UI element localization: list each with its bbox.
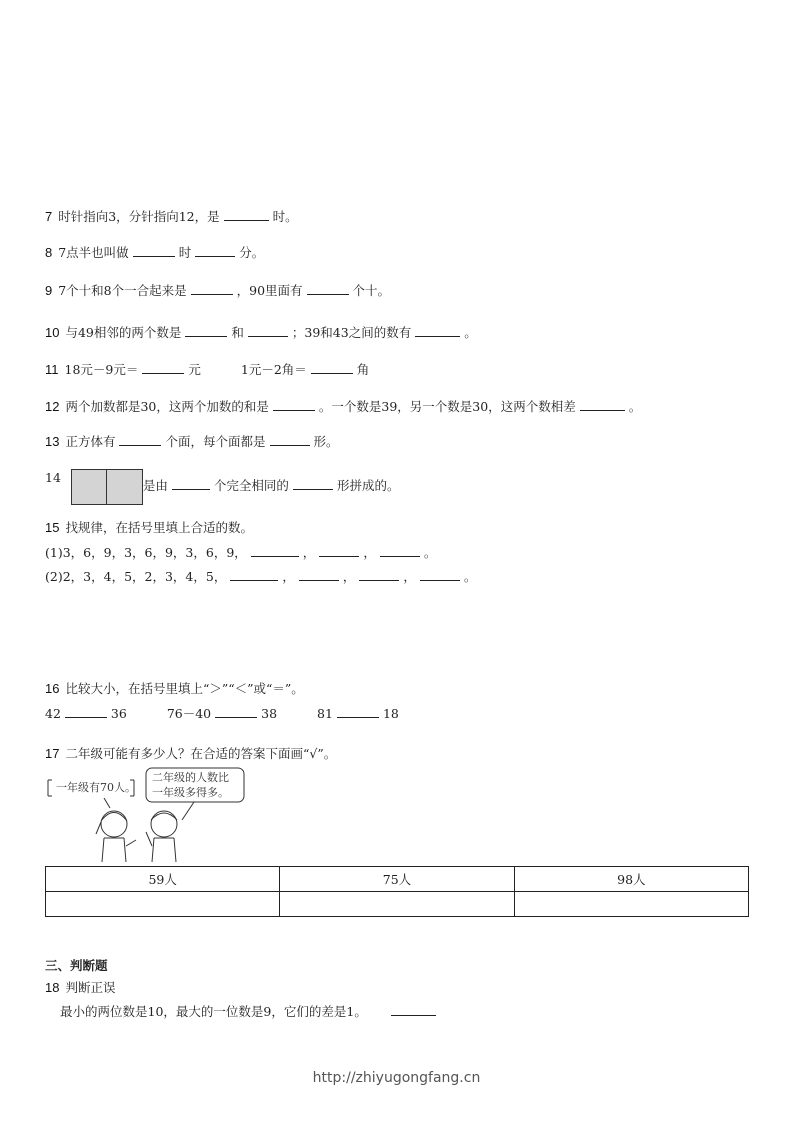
answer-blank[interactable] <box>359 568 399 581</box>
answer-blank[interactable] <box>172 477 210 490</box>
question-15: 15找规律，在括号里填上合适的数。 <box>45 520 253 536</box>
answer-blank[interactable] <box>299 568 339 581</box>
answer-blank[interactable] <box>391 1003 436 1016</box>
answer-blank[interactable] <box>215 705 257 718</box>
question-9: 97个十和8个一合起来是，90里面有个十。 <box>45 282 390 299</box>
answer-blank[interactable] <box>142 361 184 374</box>
answer-blank[interactable] <box>119 433 161 446</box>
check-cell-75[interactable] <box>280 892 514 917</box>
answer-blank[interactable] <box>185 324 227 337</box>
section-title: 三、判断题 <box>45 958 108 974</box>
question-17: 17二年级可能有多少人？在合适的答案下面画“√”。 <box>45 746 336 762</box>
question-11: 1118元－9元＝元1元－2角＝角 <box>45 361 369 378</box>
question-15-part-1: (1)3，6，9，3，6，9，3，6，9，，，。 <box>45 544 436 561</box>
question-18: 18判断正误 <box>45 980 115 996</box>
answer-blank[interactable] <box>273 398 315 411</box>
question-16-comparisons: 423676－40388118 <box>45 705 399 722</box>
answer-blank[interactable] <box>337 705 379 718</box>
option-59: 59人 <box>46 867 280 892</box>
answer-blank[interactable] <box>580 398 625 411</box>
question-15-part-2: (2)2，3，4，5，2，3，4，5，，，，。 <box>45 568 476 585</box>
answer-blank[interactable] <box>380 544 420 557</box>
check-cell-98[interactable] <box>514 892 748 917</box>
question-10: 10与49相邻的两个数是和；39和43之间的数有。 <box>45 324 477 341</box>
question-8: 87点半也叫做时分。 <box>45 244 264 261</box>
answer-blank[interactable] <box>319 544 359 557</box>
answer-blank[interactable] <box>307 282 349 295</box>
answer-blank[interactable] <box>195 244 235 257</box>
answer-blank[interactable] <box>311 361 353 374</box>
question-12: 12两个加数都是30，这两个加数的和是。一个数是39，另一个数是30，这两个数相… <box>45 398 641 415</box>
two-squares-figure <box>71 469 143 505</box>
children-illustration: 一年级有70人。 二年级的人数比 一年级多得多。 <box>44 766 254 864</box>
question-7: 7时针指向3，分针指向12，是时。 <box>45 208 298 225</box>
answer-options-table: 59人 75人 98人 <box>45 866 749 917</box>
answer-blank[interactable] <box>191 282 233 295</box>
answer-blank[interactable] <box>270 433 310 446</box>
answer-blank[interactable] <box>415 324 460 337</box>
answer-blank[interactable] <box>230 568 278 581</box>
option-75: 75人 <box>280 867 514 892</box>
question-13: 13正方体有个面，每个面都是形。 <box>45 433 339 450</box>
answer-blank[interactable] <box>224 208 269 221</box>
answer-blank[interactable] <box>251 544 299 557</box>
answer-blank[interactable] <box>248 324 288 337</box>
option-98: 98人 <box>514 867 748 892</box>
question-14: 14是由个完全相同的形拼成的。 <box>45 468 399 505</box>
answer-blank[interactable] <box>133 244 175 257</box>
answer-blank[interactable] <box>65 705 107 718</box>
answer-blank[interactable] <box>420 568 460 581</box>
question-16: 16比较大小，在括号里填上“＞”“＜”或“＝”。 <box>45 681 304 697</box>
footer-url: http://zhiyugongfang.cn <box>0 1070 793 1086</box>
check-cell-59[interactable] <box>46 892 280 917</box>
question-18-statement: 最小的两位数是10，最大的一位数是9，它们的差是1。 <box>60 1003 440 1020</box>
answer-blank[interactable] <box>293 477 333 490</box>
